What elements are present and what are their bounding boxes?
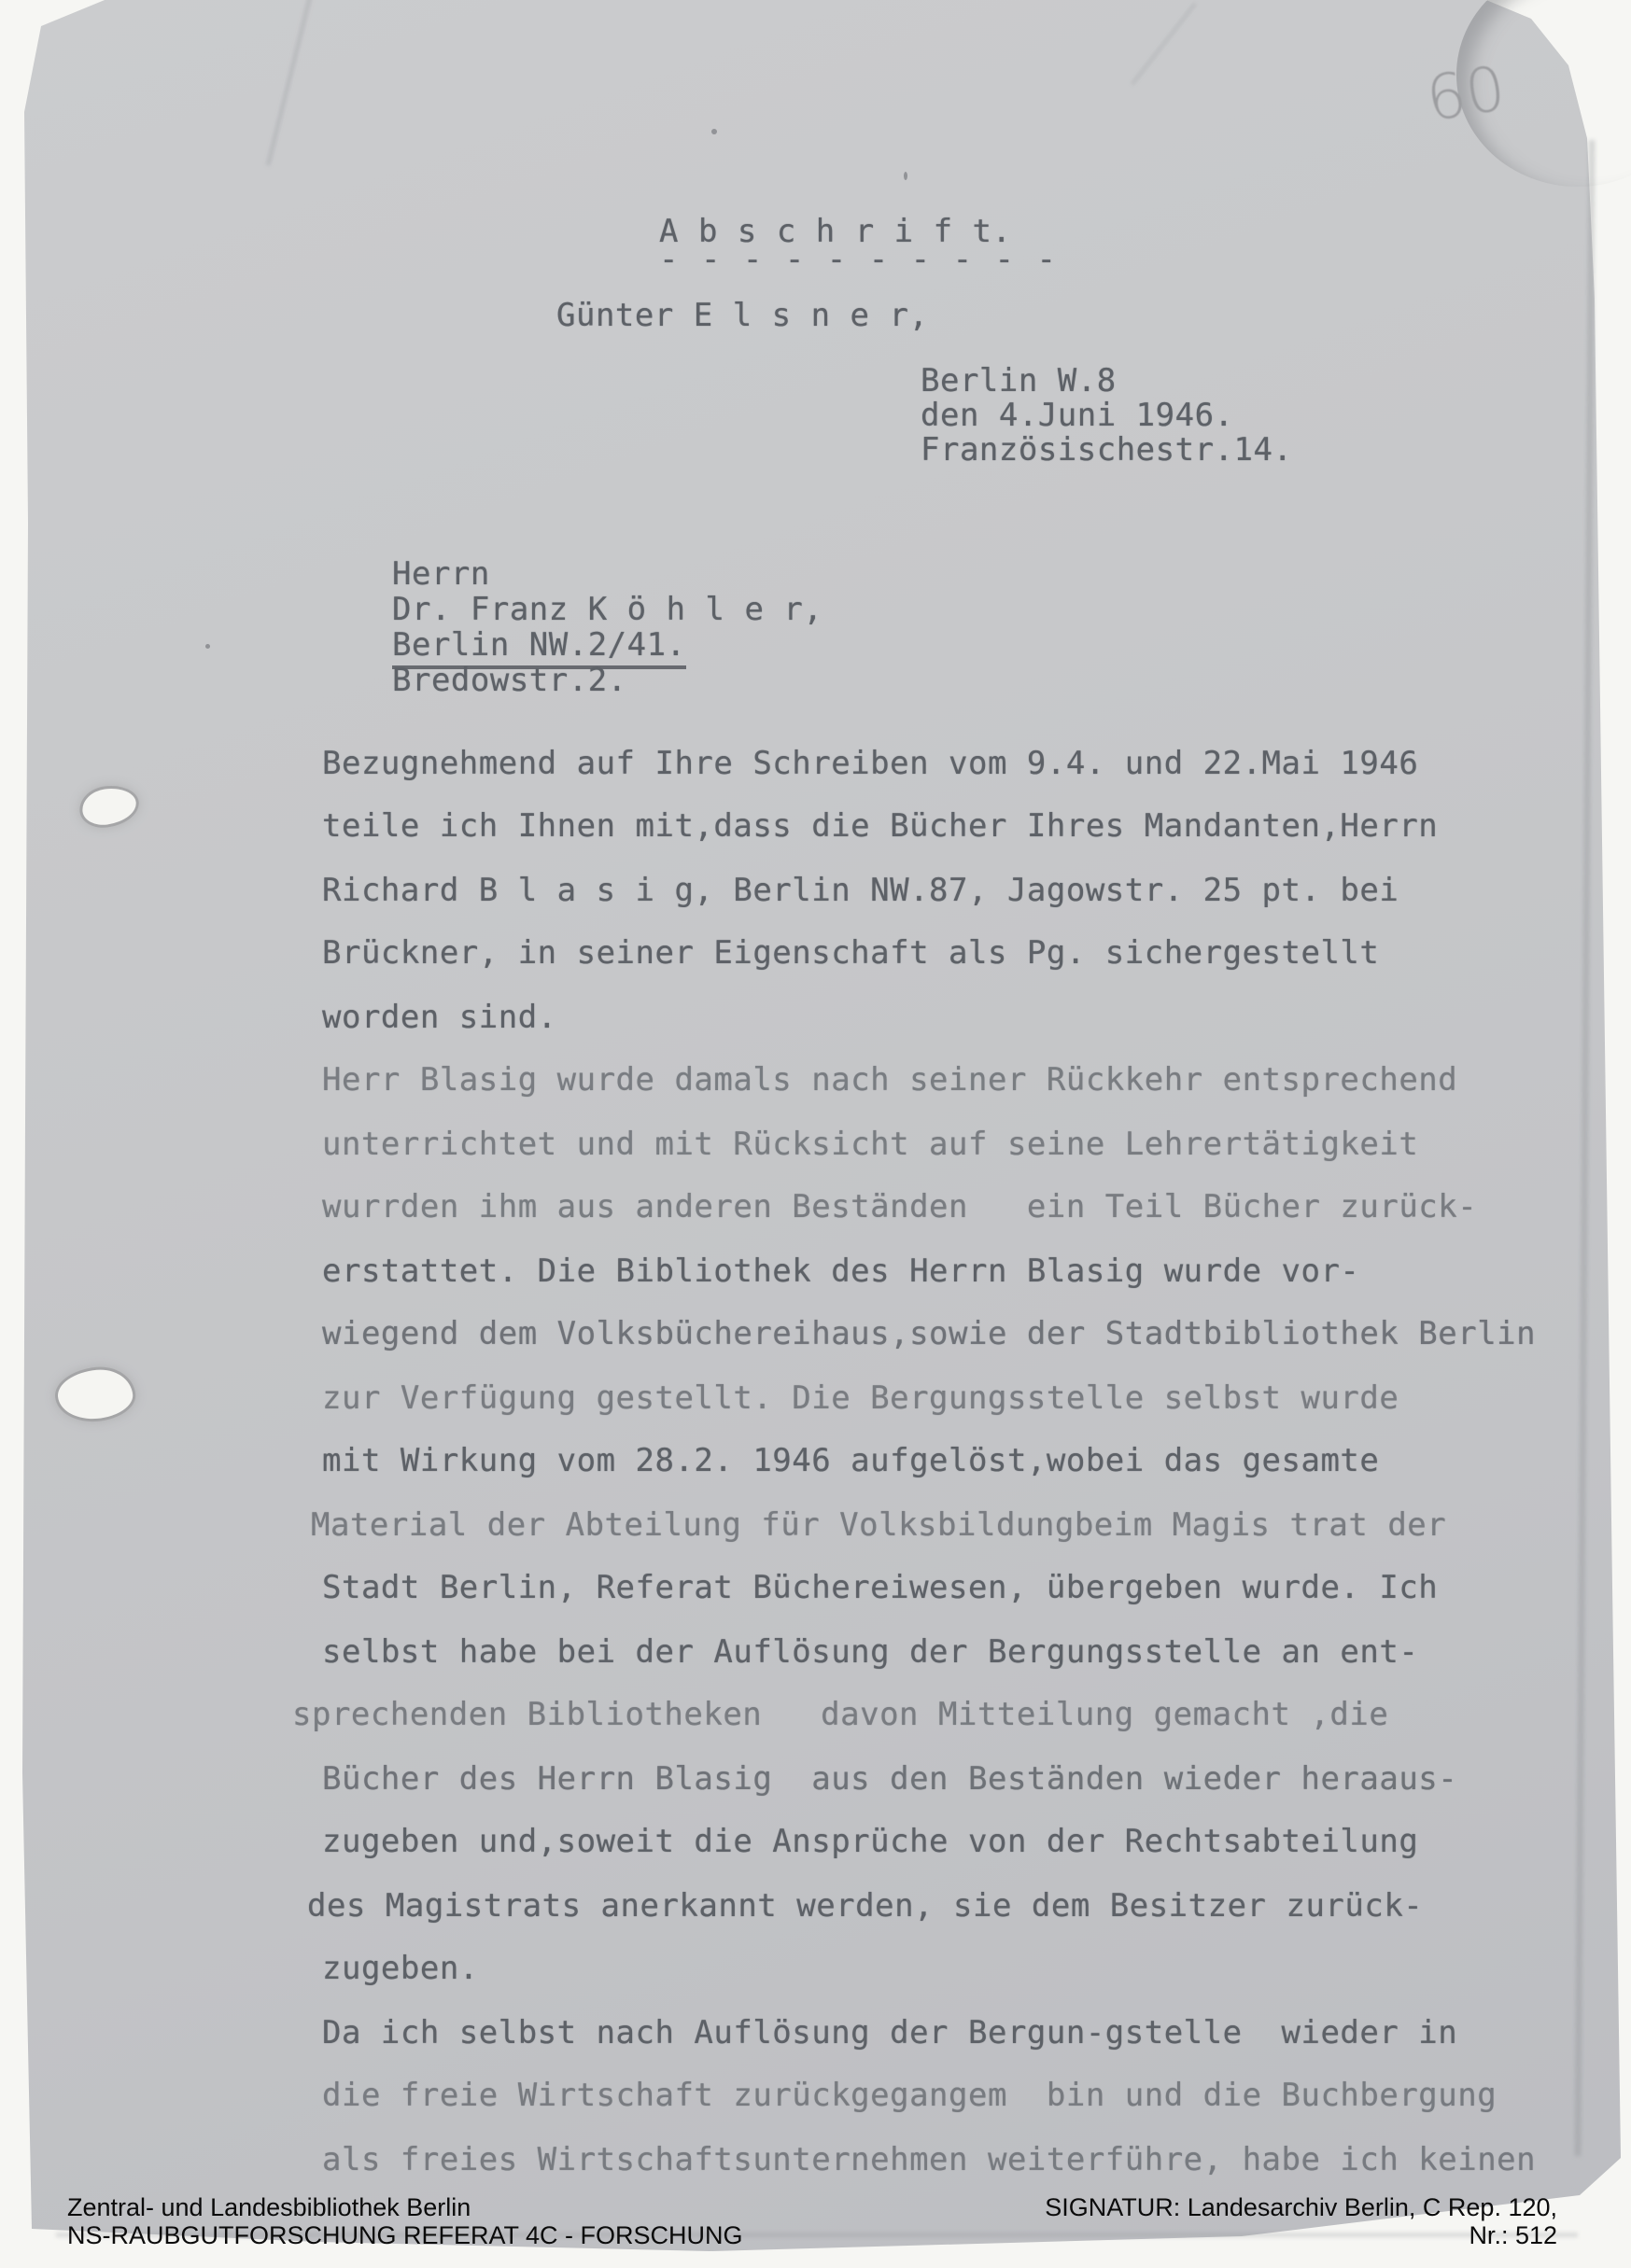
paper-speck	[711, 129, 717, 134]
sender-date: den 4.Juni 1946.	[921, 399, 1292, 433]
body-line: zugeben.	[322, 1950, 1536, 2013]
recipient-name: Dr. Franz K ö h l e r,	[392, 592, 823, 627]
sender-address-block: Berlin W.8 den 4.Juni 1946. Französische…	[921, 364, 1292, 468]
library-provenance-stamp: Zentral- und Landesbibliothek Berlin NS-…	[67, 2193, 743, 2249]
recipient-address-block: Herrn Dr. Franz K ö h l e r, Berlin NW.2…	[392, 556, 823, 698]
body-line: teile ich Ihnen mit,dass die Bücher Ihre…	[322, 807, 1536, 871]
body-line: die freie Wirtschaft zurückgegangem bin …	[322, 2077, 1536, 2140]
body-line: erstattet. Die Bibliothek des Herrn Blas…	[322, 1253, 1536, 1316]
body-line: mit Wirkung vom 28.2. 1946 aufgelöst,wob…	[322, 1442, 1536, 1505]
body-line: worden sind.	[322, 999, 1536, 1062]
body-line: Bücher des Herrn Blasig aus den Bestände…	[322, 1760, 1536, 1824]
body-line: unterrichtet und mit Rücksicht auf seine…	[322, 1126, 1536, 1189]
letter-body: Bezugnehmend auf Ihre Schreiben vom 9.4.…	[322, 744, 1536, 2204]
paper-speck	[904, 172, 907, 180]
body-line: Herr Blasig wurde damals nach seiner Rüc…	[322, 1061, 1536, 1125]
body-line: Da ich selbst nach Auflösung der Bergun-…	[322, 2014, 1536, 2078]
handwritten-folio-number: 60	[1421, 52, 1510, 135]
scan-page: 60 A b s c h r i f t. - - - - - - - - - …	[0, 0, 1631, 2268]
body-line: Richard B l a s i g, Berlin NW.87, Jagow…	[322, 872, 1536, 935]
body-line: Brückner, in seiner Eigenschaft als Pg. …	[322, 934, 1536, 998]
library-stamp-line2: NS-RAUBGUTFORSCHUNG REFERAT 4C - FORSCHU…	[67, 2221, 743, 2249]
body-line: des Magistrats anerkannt werden, sie dem…	[307, 1887, 1536, 1951]
body-line: wiegend dem Volksbüchereihaus,sowie der …	[322, 1315, 1536, 1379]
copy-heading-underline: - - - - - - - - - -	[659, 241, 1058, 278]
body-line: selbst habe bei der Auflösung der Bergun…	[322, 1633, 1536, 1697]
body-line: sprechenden Bibliotheken davon Mitteilun…	[292, 1696, 1536, 1759]
body-line: Stadt Berlin, Referat Büchereiwesen, übe…	[322, 1569, 1536, 1632]
recipient-city: Berlin NW.2/41.	[392, 627, 823, 663]
recipient-salutation: Herrn	[392, 556, 823, 592]
sender-city: Berlin W.8	[921, 364, 1292, 399]
recipient-street: Bredowstr.2.	[392, 663, 823, 698]
sender-name: Günter E l s n e r,	[556, 297, 928, 334]
library-stamp-line1: Zentral- und Landesbibliothek Berlin	[67, 2193, 743, 2221]
body-line: Bezugnehmend auf Ihre Schreiben vom 9.4.…	[322, 745, 1536, 808]
sender-street: Französischestr.14.	[921, 433, 1292, 468]
paper-speck	[205, 644, 210, 649]
body-line: wurrden ihm aus anderen Beständen ein Te…	[322, 1188, 1536, 1252]
signature-stamp: SIGNATUR: Landesarchiv Berlin, C Rep. 12…	[1006, 2193, 1557, 2249]
body-line: zugeben und,soweit die Ansprüche von der…	[322, 1823, 1536, 1886]
body-line: Material der Abteilung für Volksbildungb…	[311, 1506, 1536, 1570]
body-line: zur Verfügung gestellt. Die Bergungsstel…	[322, 1379, 1536, 1443]
